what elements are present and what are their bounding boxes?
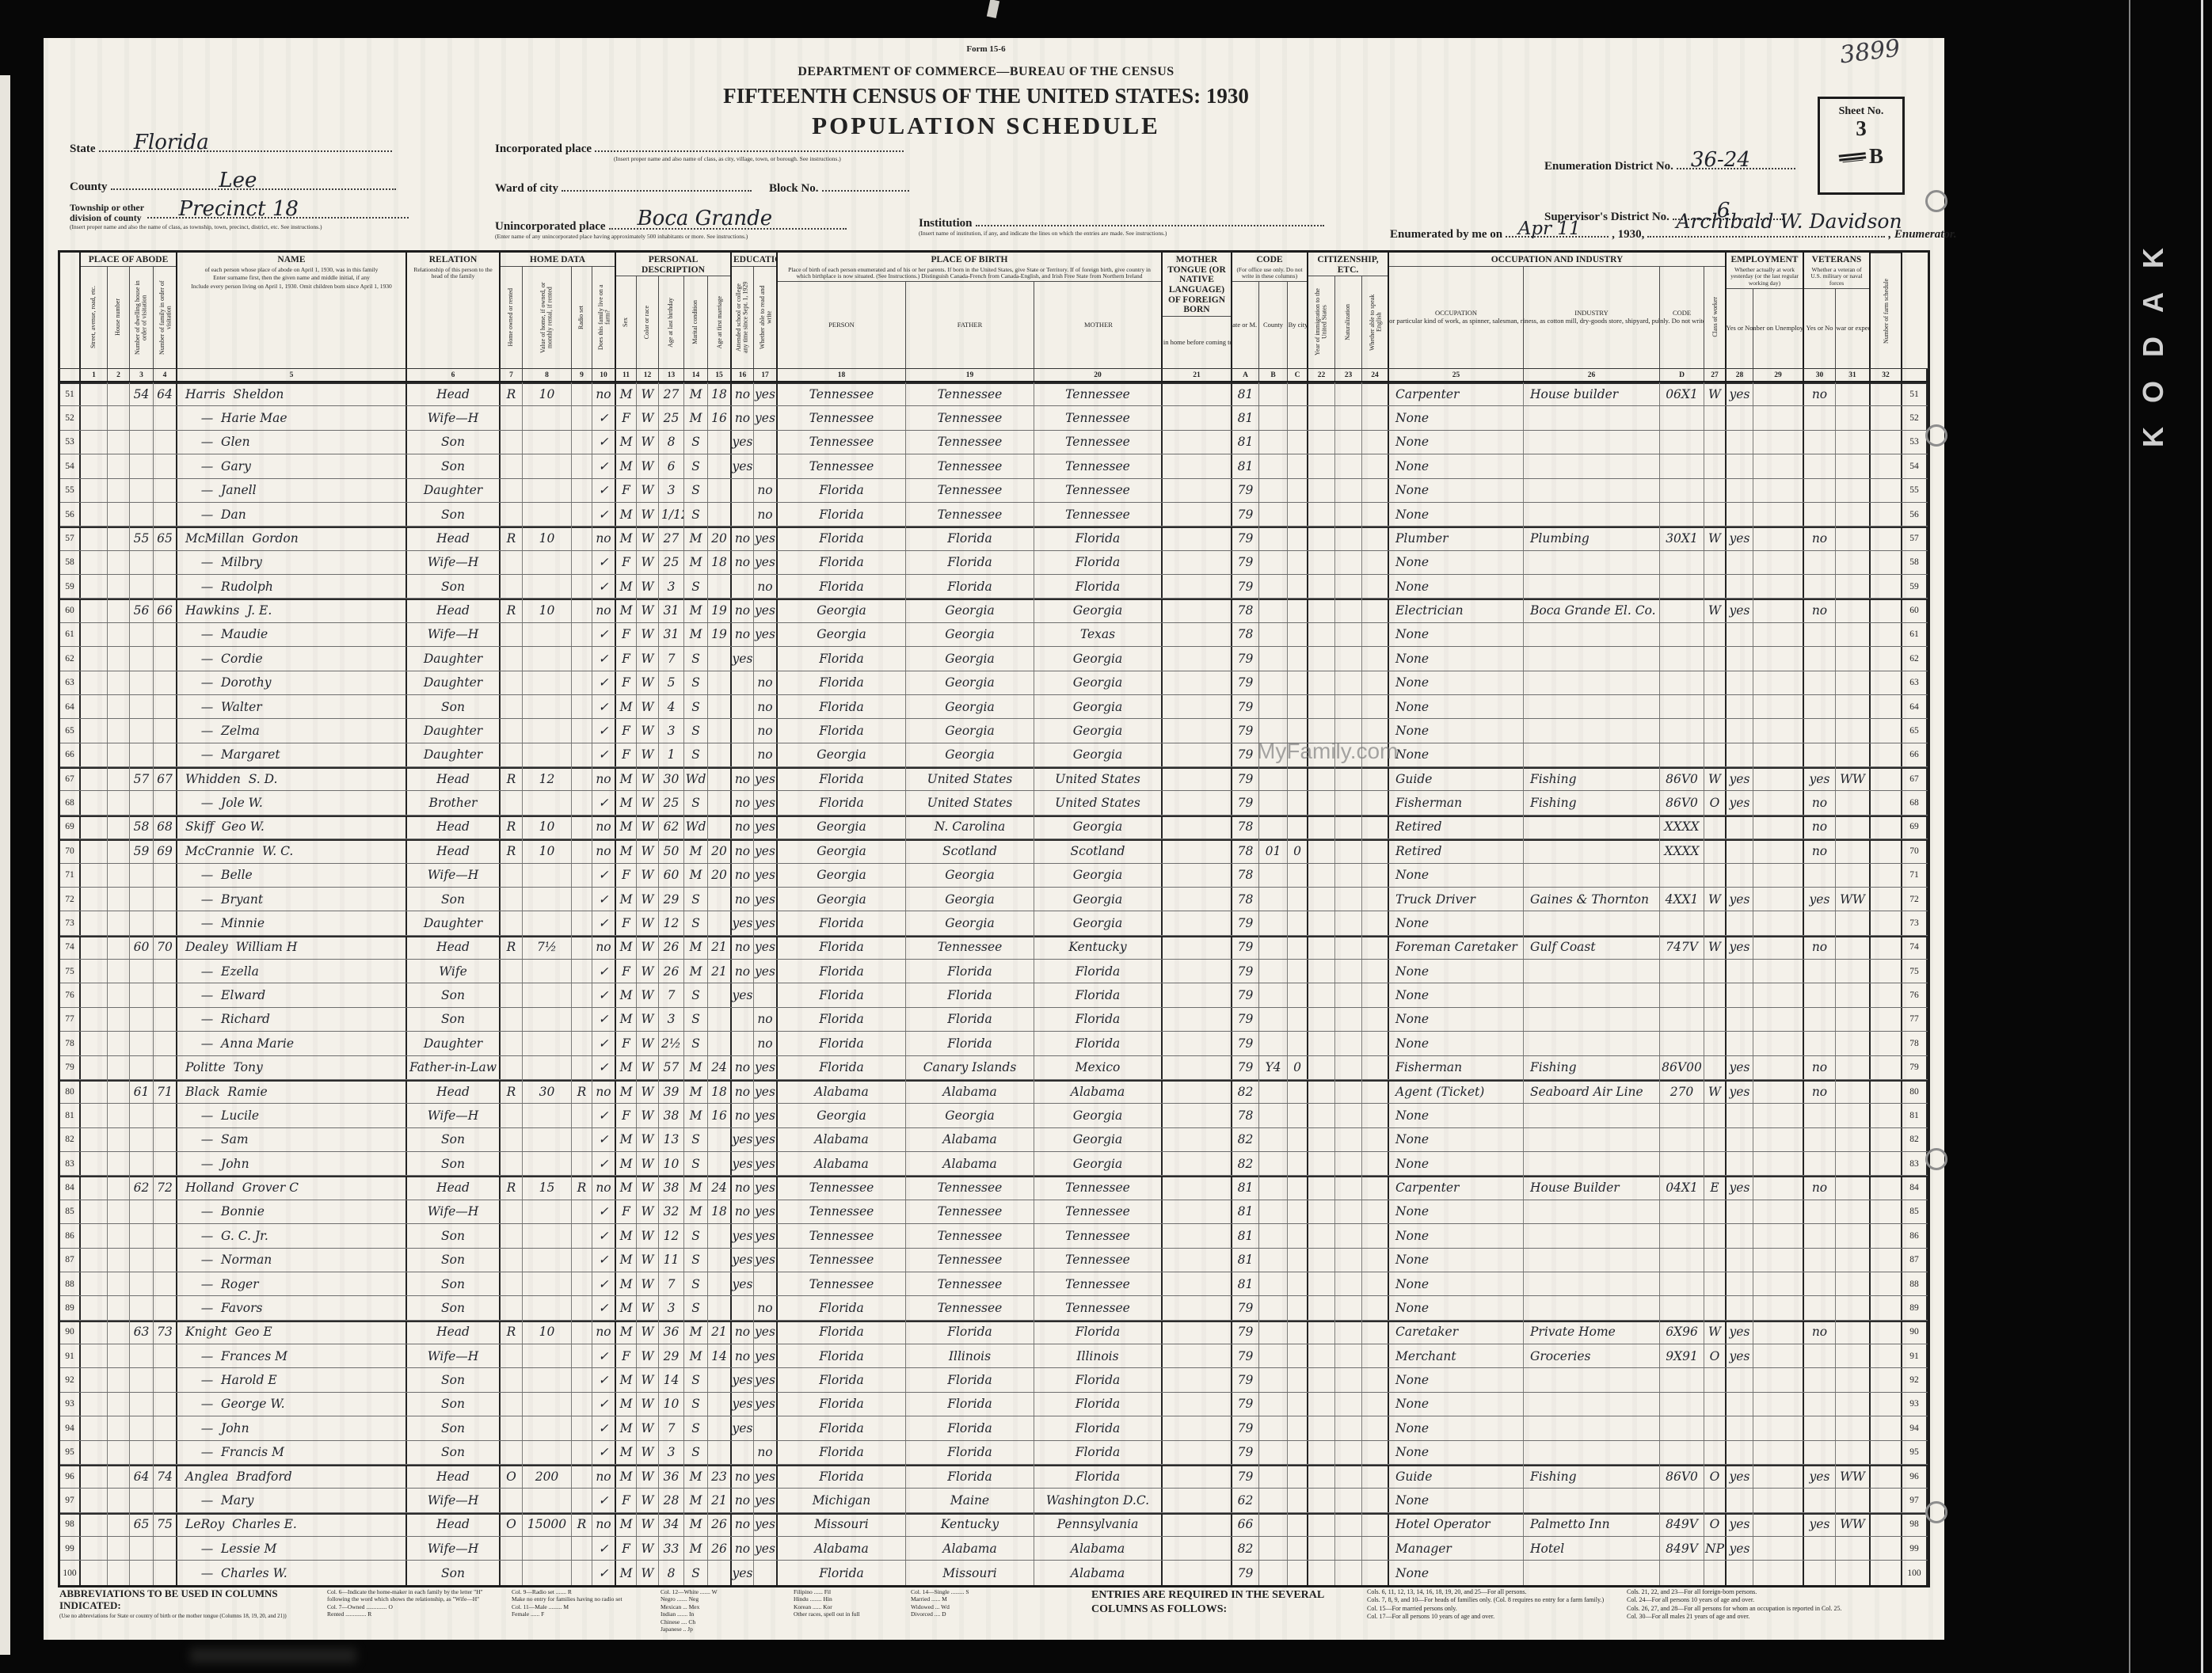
cell-agm — [708, 743, 732, 766]
cell-fam: 68 — [154, 816, 177, 838]
cell-bm: Georgia — [1034, 671, 1163, 694]
cell-ln_r: 68 — [1902, 791, 1928, 814]
cell-vet — [1804, 1344, 1836, 1367]
cell-farm: ✓ — [592, 1416, 616, 1439]
cell-cc — [1288, 1416, 1308, 1439]
cell-street — [81, 1344, 108, 1367]
cell-bm: Florida — [1034, 1393, 1163, 1416]
col-number-cc: C — [1288, 369, 1308, 381]
cell-bp: Florida — [778, 1368, 906, 1391]
cell-street — [81, 647, 108, 670]
cell-rw: yes — [754, 911, 778, 934]
cell-war — [1836, 1128, 1871, 1151]
ed-value: 36-24 — [1691, 150, 1750, 170]
cell-fs — [1871, 1465, 1902, 1488]
cell-val — [523, 911, 572, 934]
cell-own — [501, 671, 523, 694]
cell-house — [108, 431, 130, 454]
cell-ca: 79 — [1232, 936, 1259, 959]
col-number-name: 5 — [177, 369, 407, 381]
cell-fam — [154, 1441, 177, 1464]
cell-nat — [1335, 431, 1362, 454]
cell-val — [523, 960, 572, 983]
cell-age: 7 — [659, 983, 684, 1006]
cell-fam — [154, 1296, 177, 1319]
cell-occ: None — [1389, 1416, 1524, 1439]
cell-yr — [1308, 1513, 1335, 1536]
cell-bp: Florida — [778, 1321, 906, 1344]
cell-sex: M — [616, 1368, 637, 1391]
cell-own: R — [501, 1321, 523, 1344]
cell-ind — [1524, 551, 1660, 574]
cell-sex: F — [616, 1344, 637, 1367]
cell-rel: Head — [407, 936, 501, 959]
cell-sch: no — [732, 936, 754, 959]
cell-yr — [1308, 839, 1335, 862]
cell-street — [81, 406, 108, 429]
cell-war — [1836, 864, 1871, 887]
cell-own — [501, 1249, 523, 1272]
cell-bf: Florida — [906, 527, 1034, 549]
cell-age: 3 — [659, 1441, 684, 1464]
cell-age: 33 — [659, 1537, 684, 1560]
cell-ln_r: 82 — [1902, 1128, 1928, 1151]
cell-rw: yes — [754, 623, 778, 646]
cell-dw — [130, 888, 154, 911]
cell-val: 10 — [523, 527, 572, 549]
cell-cd — [1660, 864, 1704, 887]
cell-fam: 69 — [154, 839, 177, 862]
cell-bp: Florida — [778, 479, 906, 502]
cell-radio — [572, 695, 592, 718]
cell-cw — [1704, 1368, 1727, 1391]
cell-radio — [572, 1537, 592, 1560]
cell-bm: Georgia — [1034, 816, 1163, 838]
cell-ln_l: 62 — [60, 647, 81, 670]
table-row: 88 — RogerSon✓MW7SyesTennesseeTennesseeT… — [60, 1272, 1928, 1296]
cell-house — [108, 1368, 130, 1391]
cell-sex: M — [616, 1080, 637, 1103]
cell-eng — [1362, 1032, 1389, 1055]
table-row: 64 — WalterSon✓MW4SnoFloridaGeorgiaGeorg… — [60, 695, 1928, 719]
cell-bm: Georgia — [1034, 888, 1163, 911]
cell-eng — [1362, 1465, 1389, 1488]
cell-cb — [1259, 960, 1288, 983]
cell-rw: yes — [754, 1128, 778, 1151]
cell-ln_r: 57 — [1902, 527, 1928, 549]
cell-ln_r: 62 — [1902, 647, 1928, 670]
cell-dw — [130, 1393, 154, 1416]
cell-cc — [1288, 647, 1308, 670]
cell-ln_l: 81 — [60, 1104, 81, 1127]
cell-ln_r: 90 — [1902, 1321, 1928, 1344]
cell-sch — [732, 743, 754, 766]
institution-note: (Insert name of institution, if any, and… — [919, 230, 1324, 237]
cell-vet — [1804, 551, 1836, 574]
cell-cb — [1259, 479, 1288, 502]
cell-ca: 81 — [1232, 1249, 1259, 1272]
cell-fam — [154, 743, 177, 766]
cell-eln — [1753, 719, 1804, 742]
cell-cc — [1288, 1104, 1308, 1127]
cell-occ: None — [1389, 983, 1524, 1006]
cell-occ: None — [1389, 1200, 1524, 1223]
col-group-note: Include every person living on April 1, … — [177, 283, 405, 291]
cell-emp: yes — [1727, 1344, 1753, 1367]
cell-bp: Florida — [778, 936, 906, 959]
table-row: 65 — ZelmaDaughter✓FW3SnoFloridaGeorgiaG… — [60, 719, 1928, 743]
cell-war — [1836, 1321, 1871, 1344]
cell-radio — [572, 1561, 592, 1584]
cell-name: Dealey William H — [177, 936, 407, 959]
cell-ln_l: 72 — [60, 888, 81, 911]
cell-radio — [572, 864, 592, 887]
cell-val — [523, 1368, 572, 1391]
cell-ca: 79 — [1232, 1393, 1259, 1416]
cell-bf: Florida — [906, 1441, 1034, 1464]
cell-age: 25 — [659, 791, 684, 814]
cell-ca: 81 — [1232, 431, 1259, 454]
cell-bf: United States — [906, 791, 1034, 814]
cell-occ: Merchant — [1389, 1344, 1524, 1367]
table-row: 675767Whidden S. D.HeadR12noMW30WdnoyesF… — [60, 767, 1928, 791]
cell-age: 3 — [659, 719, 684, 742]
cell-farm: ✓ — [592, 1296, 616, 1319]
cell-lang — [1163, 1080, 1232, 1103]
cell-occ: Fisherman — [1389, 791, 1524, 814]
cell-sch: no — [732, 1489, 754, 1511]
cell-rel: Head — [407, 1321, 501, 1344]
cell-street — [81, 503, 108, 526]
cell-ind: Boca Grande El. Co. — [1524, 599, 1660, 622]
cell-bf: Georgia — [906, 888, 1034, 911]
cell-war — [1836, 816, 1871, 838]
cell-yr — [1308, 1152, 1335, 1175]
cell-val: 15 — [523, 1176, 572, 1199]
cell-val — [523, 1056, 572, 1079]
cell-own — [501, 743, 523, 766]
cell-cw — [1704, 623, 1727, 646]
cell-fam — [154, 1416, 177, 1439]
cell-cb — [1259, 1008, 1288, 1031]
sheet-value: 3 — [1820, 118, 1902, 139]
cell-radio — [572, 431, 592, 454]
cell-sch — [732, 1008, 754, 1031]
cell-sex: M — [616, 1513, 637, 1536]
cell-rw — [754, 1561, 778, 1584]
cell-name: — Gary — [177, 454, 407, 477]
cell-age: 39 — [659, 1080, 684, 1103]
cell-ln_l: 97 — [60, 1489, 81, 1511]
cell-nat — [1335, 911, 1362, 934]
cell-yr — [1308, 454, 1335, 477]
cell-farm: ✓ — [592, 1393, 616, 1416]
cell-age: 3 — [659, 1296, 684, 1319]
cell-dw — [130, 1296, 154, 1319]
cell-own — [501, 864, 523, 887]
cell-cb: 01 — [1259, 839, 1288, 862]
cell-yr — [1308, 406, 1335, 429]
cell-ln_r: 61 — [1902, 623, 1928, 646]
cell-fs — [1871, 1393, 1902, 1416]
cell-eng — [1362, 1272, 1389, 1295]
cell-eln — [1753, 960, 1804, 983]
cell-emp — [1727, 839, 1753, 862]
cell-bf: Illinois — [906, 1344, 1034, 1367]
cell-agm — [708, 1152, 732, 1175]
cell-bf: Tennessee — [906, 406, 1034, 429]
cell-cc — [1288, 527, 1308, 549]
cell-agm: 19 — [708, 599, 732, 622]
cell-ln_l: 93 — [60, 1393, 81, 1416]
cell-cd — [1660, 671, 1704, 694]
cell-occ: None — [1389, 911, 1524, 934]
cell-vet: no — [1804, 816, 1836, 838]
cell-farm: ✓ — [592, 575, 616, 598]
cell-fs — [1871, 1537, 1902, 1560]
col-number-val: 8 — [523, 369, 572, 381]
cell-bf: Maine — [906, 1489, 1034, 1511]
cell-war — [1836, 623, 1871, 646]
cell-occ: None — [1389, 1249, 1524, 1272]
cell-house — [108, 911, 130, 934]
cell-fs — [1871, 1344, 1902, 1367]
cell-eln — [1753, 1561, 1804, 1584]
col-header-dw: Number of dwelling house in order of vis… — [130, 266, 154, 368]
cell-emp: yes — [1727, 936, 1753, 959]
cell-cd — [1660, 406, 1704, 429]
cell-bm: Tennessee — [1034, 382, 1163, 405]
cell-sex: F — [616, 406, 637, 429]
cell-agm: 24 — [708, 1176, 732, 1199]
col-number-cd: D — [1660, 369, 1704, 381]
cell-bf: Florida — [906, 575, 1034, 598]
cell-cb — [1259, 816, 1288, 838]
cell-rel: Daughter — [407, 1032, 501, 1055]
cell-mar: M — [684, 1200, 708, 1223]
cell-name: — Sam — [177, 1128, 407, 1151]
cell-name: Hawkins J. E. — [177, 599, 407, 622]
col-group: Number of farm schedule — [1871, 253, 1902, 368]
cell-cw — [1704, 647, 1727, 670]
cell-fs — [1871, 454, 1902, 477]
cell-val: 10 — [523, 816, 572, 838]
cell-cc — [1288, 1008, 1308, 1031]
cell-cc — [1288, 599, 1308, 622]
cell-ind: Fishing — [1524, 1465, 1660, 1488]
cell-ca: 82 — [1232, 1152, 1259, 1175]
cell-vet — [1804, 1561, 1836, 1584]
cell-fs — [1871, 695, 1902, 718]
cell-radio — [572, 1056, 592, 1079]
cell-cw — [1704, 551, 1727, 574]
cell-ln_r: 63 — [1902, 671, 1928, 694]
cell-nat — [1335, 1537, 1362, 1560]
cell-bp: Florida — [778, 575, 906, 598]
cell-yr — [1308, 1032, 1335, 1055]
cell-cd — [1660, 599, 1704, 622]
cell-ln_r: 84 — [1902, 1176, 1928, 1199]
cell-own: R — [501, 1080, 523, 1103]
cell-cc — [1288, 1296, 1308, 1319]
cell-own — [501, 1056, 523, 1079]
cell-cd — [1660, 1393, 1704, 1416]
cell-eln — [1753, 479, 1804, 502]
col-header-rw: Whether able to read and write — [754, 266, 776, 368]
cell-fam: 64 — [154, 382, 177, 405]
cell-eng — [1362, 1416, 1389, 1439]
cell-ca: 79 — [1232, 551, 1259, 574]
film-punch-ring — [1925, 1501, 1947, 1523]
cell-mar: S — [684, 1128, 708, 1151]
cell-fs — [1871, 743, 1902, 766]
cell-dw — [130, 743, 154, 766]
cell-ca: 79 — [1232, 671, 1259, 694]
cell-bf: Florida — [906, 1008, 1034, 1031]
cell-ca: 81 — [1232, 1224, 1259, 1247]
cell-mar: M — [684, 839, 708, 862]
cell-agm: 16 — [708, 406, 732, 429]
cell-occ: Carpenter — [1389, 1176, 1524, 1199]
cell-fam — [154, 1344, 177, 1367]
cell-vet — [1804, 406, 1836, 429]
cell-agm — [708, 431, 732, 454]
cell-dw — [130, 1056, 154, 1079]
cell-dw: 65 — [130, 1513, 154, 1536]
cell-fs — [1871, 1128, 1902, 1151]
cell-col: W — [637, 479, 659, 502]
cell-name: — Maudie — [177, 623, 407, 646]
cell-ln_l: 58 — [60, 551, 81, 574]
cell-lang — [1163, 1056, 1232, 1079]
cell-name: — John — [177, 1152, 407, 1175]
cell-name: — Zelma — [177, 719, 407, 742]
cell-cw — [1704, 503, 1727, 526]
cell-farm: no — [592, 816, 616, 838]
cell-cw — [1704, 1393, 1727, 1416]
cell-dw — [130, 406, 154, 429]
cell-ind — [1524, 1296, 1660, 1319]
cell-house — [108, 983, 130, 1006]
cell-bp: Florida — [778, 911, 906, 934]
cell-cd — [1660, 1152, 1704, 1175]
cell-cw: W — [1704, 382, 1727, 405]
cell-agm — [708, 575, 732, 598]
cell-ca: 82 — [1232, 1128, 1259, 1151]
col-number-lang: 21 — [1163, 369, 1232, 381]
cell-nat — [1335, 1561, 1362, 1584]
cell-house — [108, 1104, 130, 1127]
col-header-vet: Yes or No — [1804, 288, 1836, 368]
cell-emp: yes — [1727, 527, 1753, 549]
cell-vet: no — [1804, 839, 1836, 862]
cell-lang — [1163, 839, 1232, 862]
cell-emp — [1727, 695, 1753, 718]
cell-cc — [1288, 1513, 1308, 1536]
cell-lang — [1163, 1200, 1232, 1223]
cell-occ: Foreman Caretaker — [1389, 936, 1524, 959]
cell-name: — Glen — [177, 431, 407, 454]
cell-name: — Jole W. — [177, 791, 407, 814]
cell-ind — [1524, 406, 1660, 429]
cell-agm — [708, 1224, 732, 1247]
cell-dw — [130, 575, 154, 598]
cell-radio — [572, 1249, 592, 1272]
cell-val — [523, 1537, 572, 1560]
cell-bf: Tennessee — [906, 1272, 1034, 1295]
table-row: 100 — Charles W.Son✓MW8SyesFloridaMissou… — [60, 1561, 1928, 1584]
cell-vet — [1804, 575, 1836, 598]
film-punch-ring — [1925, 1148, 1947, 1170]
cell-cc — [1288, 503, 1308, 526]
cell-rw — [754, 1416, 778, 1439]
cell-cw — [1704, 1296, 1727, 1319]
cell-dw — [130, 1561, 154, 1584]
cell-yr — [1308, 527, 1335, 549]
cell-agm — [708, 719, 732, 742]
cell-cd: 06X1 — [1660, 382, 1704, 405]
cell-farm: no — [592, 1321, 616, 1344]
col-number-sch: 16 — [732, 369, 754, 381]
cell-age: 11/12 — [659, 503, 684, 526]
col-number-age: 13 — [659, 369, 684, 381]
cell-bm: Tennessee — [1034, 479, 1163, 502]
cell-street — [81, 551, 108, 574]
cell-val: 12 — [523, 767, 572, 790]
cell-nat — [1335, 1465, 1362, 1488]
cell-mar: S — [684, 671, 708, 694]
cell-ca: 79 — [1232, 1344, 1259, 1367]
cell-house — [108, 1176, 130, 1199]
cell-emp — [1727, 1200, 1753, 1223]
cell-radio — [572, 1344, 592, 1367]
cell-fs — [1871, 1249, 1902, 1272]
cell-street — [81, 695, 108, 718]
cell-cc — [1288, 454, 1308, 477]
cell-fam — [154, 1224, 177, 1247]
col-group-title: HOME DATA — [501, 253, 615, 266]
cell-bm: Georgia — [1034, 911, 1163, 934]
cell-rel: Son — [407, 1152, 501, 1175]
cell-col: W — [637, 1344, 659, 1367]
cell-bf: Florida — [906, 1321, 1034, 1344]
cell-col: W — [637, 527, 659, 549]
cell-nat — [1335, 647, 1362, 670]
cell-mar: M — [684, 551, 708, 574]
cell-radio — [572, 1272, 592, 1295]
cell-cw — [1704, 1152, 1727, 1175]
cell-lang — [1163, 960, 1232, 983]
cell-val — [523, 1152, 572, 1175]
cell-dw — [130, 1537, 154, 1560]
cell-ln_r: 74 — [1902, 936, 1928, 959]
cell-emp: yes — [1727, 767, 1753, 790]
cell-street — [81, 936, 108, 959]
cell-radio — [572, 767, 592, 790]
frame-number: 3899 — [1838, 34, 1902, 69]
cell-eng — [1362, 1441, 1389, 1464]
cell-rel: Head — [407, 527, 501, 549]
cell-farm: ✓ — [592, 1344, 616, 1367]
col-number-eln: 29 — [1753, 369, 1804, 381]
cell-cw — [1704, 1032, 1727, 1055]
cell-cb — [1259, 767, 1288, 790]
cell-war — [1836, 1080, 1871, 1103]
cell-bm: Tennessee — [1034, 454, 1163, 477]
cell-house — [108, 936, 130, 959]
cell-ln_l: 76 — [60, 983, 81, 1006]
cell-own — [501, 1152, 523, 1175]
